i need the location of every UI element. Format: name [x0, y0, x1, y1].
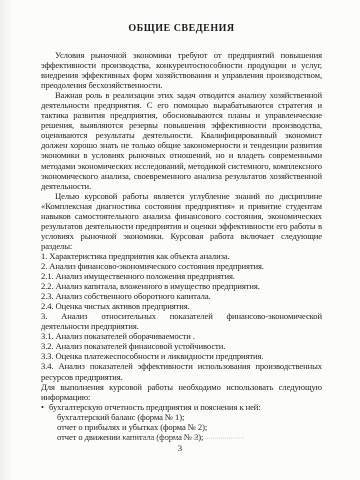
section-item-3-4: 3.4. Анализ показателей эффективности ис… — [41, 361, 322, 381]
paragraph-course-goal: Целью курсовой работы является углублени… — [41, 191, 322, 251]
bullet-item-text: бухгалтерскую отчетность предприятия и п… — [49, 402, 261, 412]
document-content: ОБЩИЕ СВЕДЕНИЯ Условия рыночной экономик… — [41, 23, 322, 442]
section-item-2: 2. Анализ финансово-экономического состо… — [41, 261, 322, 271]
bullet-item-accounting: •бухгалтерскую отчетность предприятия и … — [41, 402, 322, 412]
section-item-3: 3. Анализ относительных показателей фина… — [41, 311, 322, 331]
report-form-balance: бухгалтерский баланс (форма № 1); — [41, 412, 322, 422]
paragraph-analysis-role: Важная роль в реализации этих задач отво… — [41, 90, 322, 190]
page-title: ОБЩИЕ СВЕДЕНИЯ — [41, 23, 322, 35]
document-page: ОБЩИЕ СВЕДЕНИЯ Условия рыночной экономик… — [0, 0, 360, 480]
section-item-1: 1. Характеристика предприятия как объект… — [41, 251, 322, 261]
paragraph-intro: Условия рыночной экономики требуют от пр… — [41, 50, 322, 90]
page-number: 3 — [0, 443, 360, 453]
section-item-2-1: 2.1. Анализ имущественного положения пре… — [41, 271, 322, 281]
section-item-3-3: 3.3. Оценка платежеспособности и ликвидн… — [41, 351, 322, 361]
section-item-2-4: 2.4. Оценка чистых активов предприятия. — [41, 301, 322, 311]
section-item-3-1: 3.1. Анализ показателей оборачиваемости … — [41, 331, 322, 341]
bullet-icon: • — [41, 402, 49, 412]
report-form-profit-loss: отчет о прибылях и убытках (форма № 2); — [41, 422, 322, 432]
section-item-2-2: 2.2. Анализ капитала, вложенного в имуще… — [41, 281, 322, 291]
report-form-capital-flow: отчет о движении капитала (форма № 3); — [41, 432, 322, 442]
section-item-3-2: 3.2. Анализ показателей финансовой устой… — [41, 341, 322, 351]
document-body: Условия рыночной экономики требуют от пр… — [41, 50, 322, 442]
paragraph-info-intro: Для выполнения курсовой работы необходим… — [41, 382, 322, 402]
scan-edge-shadow — [0, 0, 12, 480]
section-item-2-3: 2.3. Анализ собственного оборотного капи… — [41, 291, 322, 301]
